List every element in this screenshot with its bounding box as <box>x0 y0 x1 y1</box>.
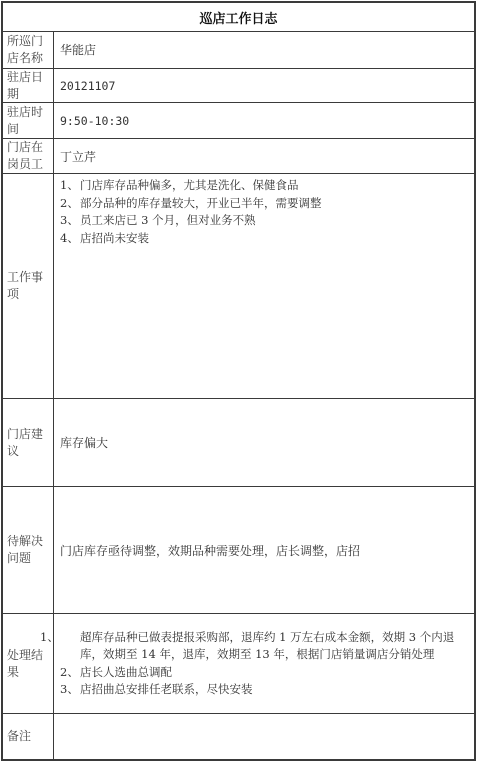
value-visit-date[interactable]: 20121107 <box>54 69 474 102</box>
list-item: 3、店招曲总安排任老联系，尽快安装 <box>60 681 468 699</box>
row-remarks: 备注 <box>3 714 474 759</box>
value-store-suggestion[interactable]: 库存偏大 <box>54 399 474 486</box>
label-visit-date: 驻店日期 <box>3 69 54 102</box>
work-items-list: 1、门店库存品种偏多，尤其是洗化、保健食品 2、部分品种的库存量较大，开业已半年… <box>60 177 322 247</box>
label-staff: 门店在岗员工 <box>3 139 54 173</box>
value-staff[interactable]: 丁立芹 <box>54 139 474 173</box>
value-work-items[interactable]: 1、门店库存品种偏多，尤其是洗化、保健食品 2、部分品种的库存量较大，开业已半年… <box>54 174 474 398</box>
list-item: 3、员工来店已 3 个月，但对业务不熟 <box>60 212 322 230</box>
row-pending-issues: 待解决问题 门店库存亟待调整，效期品种需要处理，店长调整，店招 <box>3 487 474 614</box>
form-title: 巡店工作日志 <box>3 3 474 32</box>
list-item: 2、店长人选曲总调配 <box>60 664 468 682</box>
label-store-name: 所巡门店名称 <box>3 31 54 68</box>
patrol-log-form: 巡店工作日志 所巡门店名称 华能店 驻店日期 20121107 驻店时间 9:5… <box>1 1 476 761</box>
list-item: 1、门店库存品种偏多，尤其是洗化、保健食品 <box>60 177 322 195</box>
label-pending-issues: 待解决问题 <box>3 487 54 613</box>
value-remarks[interactable] <box>54 714 474 759</box>
value-visit-time[interactable]: 9:50-10:30 <box>54 103 474 138</box>
list-item: 1、超库存品种已做表提报采购部，退库约 1 万左右成本金额，效期 3 个内退库，… <box>60 629 468 664</box>
value-store-name[interactable]: 华能店 <box>54 31 474 68</box>
label-visit-time: 驻店时间 <box>3 103 54 138</box>
value-handling-result[interactable]: 1、超库存品种已做表提报采购部，退库约 1 万左右成本金额，效期 3 个内退库，… <box>54 614 474 713</box>
list-item: 2、部分品种的库存量较大，开业已半年，需要调整 <box>60 195 322 213</box>
row-store-name: 所巡门店名称 华能店 <box>3 31 474 69</box>
label-store-suggestion: 门店建议 <box>3 399 54 486</box>
value-pending-issues[interactable]: 门店库存亟待调整，效期品种需要处理，店长调整，店招 <box>54 487 474 613</box>
row-staff: 门店在岗员工 丁立芹 <box>3 139 474 174</box>
list-item: 4、店招尚未安装 <box>60 230 322 248</box>
handling-result-list: 1、超库存品种已做表提报采购部，退库约 1 万左右成本金额，效期 3 个内退库，… <box>60 629 468 699</box>
row-visit-date: 驻店日期 20121107 <box>3 69 474 103</box>
row-visit-time: 驻店时间 9:50-10:30 <box>3 103 474 139</box>
row-store-suggestion: 门店建议 库存偏大 <box>3 399 474 487</box>
label-work-items: 工作事项 <box>3 174 54 398</box>
label-remarks: 备注 <box>3 714 54 759</box>
row-handling-result: 处理结果 1、超库存品种已做表提报采购部，退库约 1 万左右成本金额，效期 3 … <box>3 614 474 714</box>
row-work-items: 工作事项 1、门店库存品种偏多，尤其是洗化、保健食品 2、部分品种的库存量较大，… <box>3 174 474 399</box>
